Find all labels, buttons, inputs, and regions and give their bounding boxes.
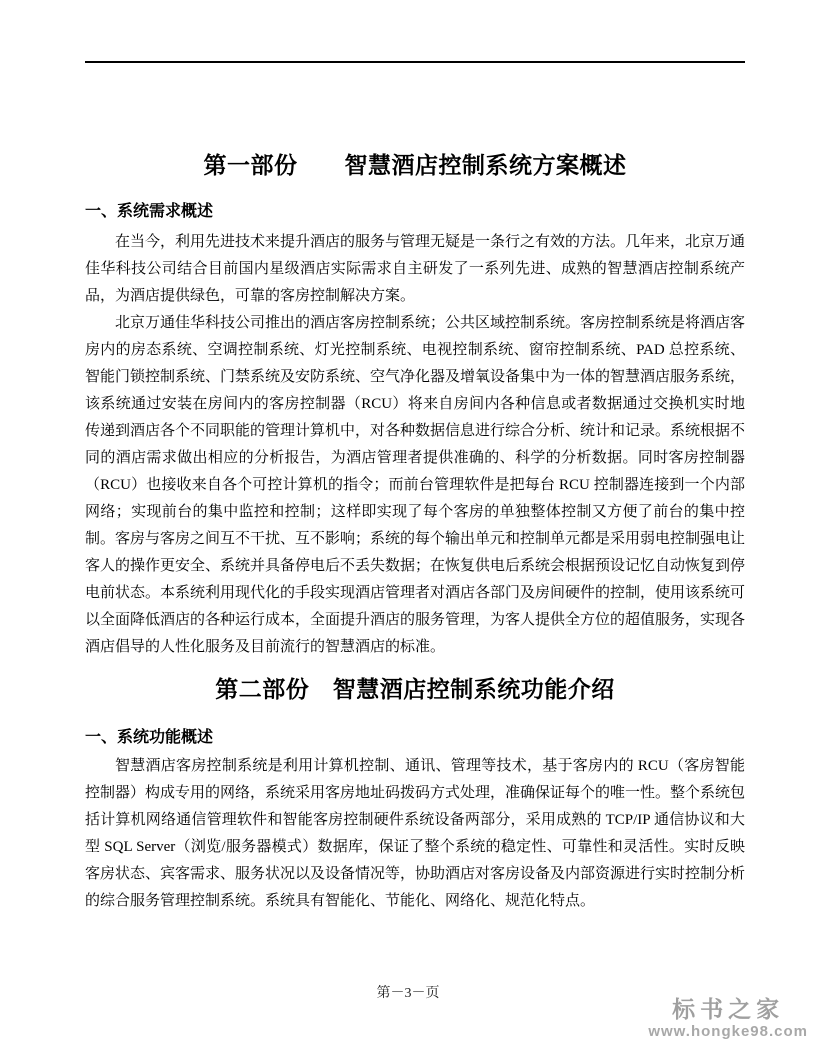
part1-paragraph-2: 北京万通佳华科技公司推出的酒店客房控制系统；公共区域控制系统。客房控制系统是将酒… — [85, 310, 745, 661]
header-rule — [85, 61, 745, 63]
part2-heading: 一、系统功能概述 — [85, 727, 745, 749]
watermark-logo-text: 标书之家 — [648, 996, 808, 1023]
watermark: 标书之家 www.hongke98.com — [648, 996, 808, 1040]
document-page: 第一部份 智慧酒店控制系统方案概述 一、系统需求概述 在当今，利用先进技术来提升… — [0, 0, 816, 1056]
part2-paragraph-1: 智慧酒店客房控制系统是利用计算机控制、通讯、管理等技术，基于客房内的 RCU（客… — [85, 753, 745, 915]
part1-heading: 一、系统需求概述 — [85, 201, 745, 223]
part1-paragraph-1: 在当今，利用先进技术来提升酒店的服务与管理无疑是一条行之有效的方法。几年来，北京… — [85, 229, 745, 310]
part1-title: 第一部份 智慧酒店控制系统方案概述 — [85, 149, 745, 181]
page-content: 第一部份 智慧酒店控制系统方案概述 一、系统需求概述 在当今，利用先进技术来提升… — [85, 0, 745, 915]
watermark-site: www.hongke98.com — [648, 1023, 808, 1040]
part2-title: 第二部份 智慧酒店控制系统功能介绍 — [85, 673, 745, 705]
